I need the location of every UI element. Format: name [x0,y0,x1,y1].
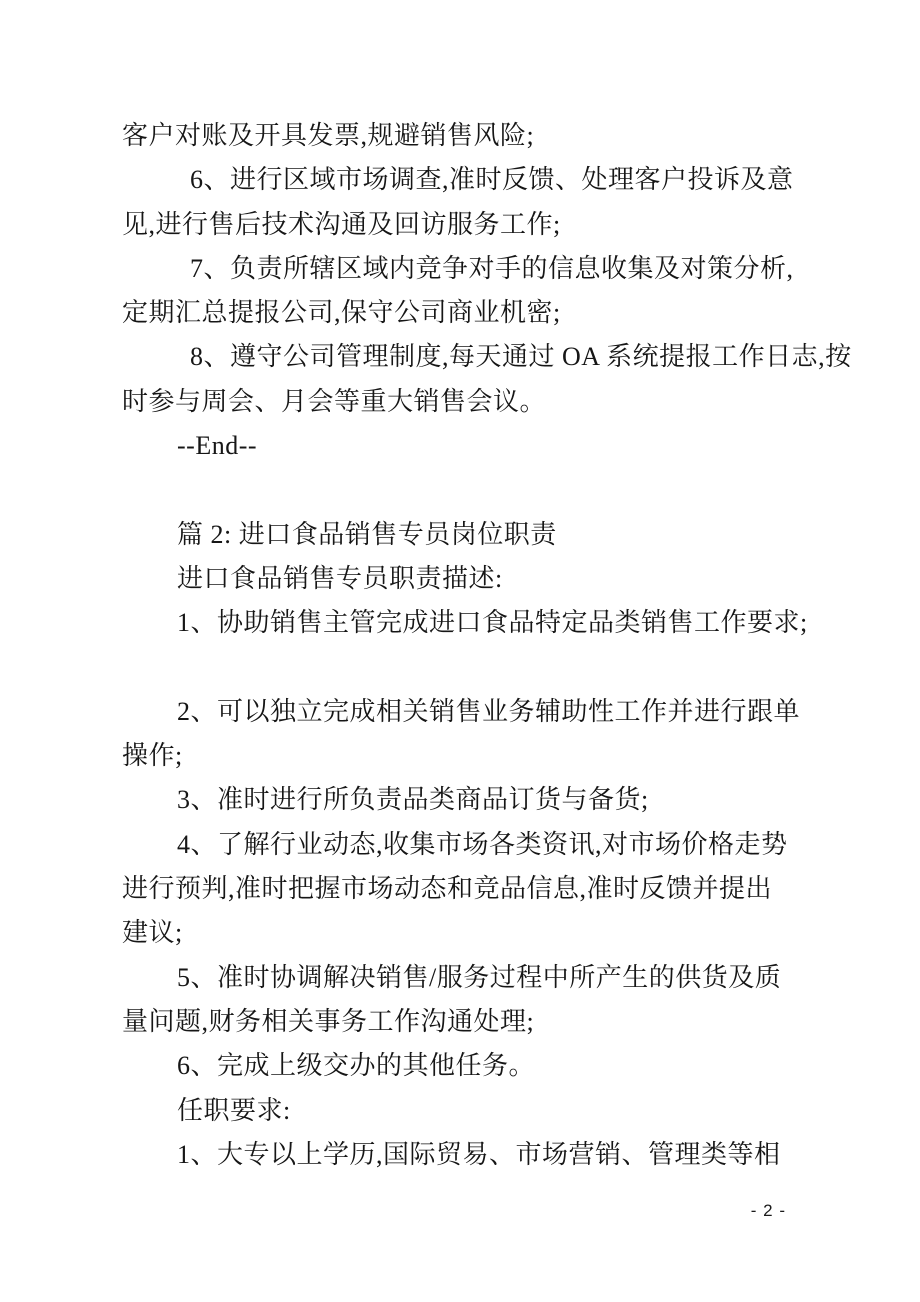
doc-line: 3、准时进行所负责品类商品订货与备货; [122,778,802,822]
doc-line: 1、大专以上学历,国际贸易、市场营销、管理类等相 [122,1133,802,1177]
doc-line: 建议; [122,911,802,955]
doc-line: 5、准时协调解决销售/服务过程中所产生的供货及质 [122,956,802,1000]
doc-line: 1、协助销售主管完成进口食品特定品类销售工作要求; [122,601,802,645]
doc-line: 时参与周会、月会等重大销售会议。 [122,380,802,424]
doc-line: 客户对账及开具发票,规避销售风险; [122,114,802,158]
end-marker: --End-- [122,424,802,468]
document-page: 客户对账及开具发票,规避销售风险; 6、进行区域市场调查,准时反馈、处理客户投诉… [0,0,920,1177]
doc-line: 量问题,财务相关事务工作沟通处理; [122,1000,802,1044]
section-heading: 篇 2: 进口食品销售专员岗位职责 [122,513,802,557]
doc-line: 操作; [122,734,802,778]
doc-line: 7、负责所辖区域内竞争对手的信息收集及对策分析, [122,247,802,291]
doc-line: 4、了解行业动态,收集市场各类资讯,对市场价格走势 [122,823,802,867]
doc-line: 定期汇总提报公司,保守公司商业机密; [122,291,802,335]
page-number: - 2 - [0,1201,920,1221]
doc-line: 见,进行售后技术沟通及回访服务工作; [122,203,802,247]
doc-line: 进行预判,准时把握市场动态和竞品信息,准时反馈并提出 [122,867,802,911]
doc-line: 6、进行区域市场调查,准时反馈、处理客户投诉及意 [122,158,802,202]
doc-line: 2、可以独立完成相关销售业务辅助性工作并进行跟单 [122,690,802,734]
doc-line: 6、完成上级交办的其他任务。 [122,1044,802,1088]
doc-line: 进口食品销售专员职责描述: [122,557,802,601]
doc-line: 8、遵守公司管理制度,每天通过 OA 系统提报工作日志,按 [122,335,802,379]
requirements-heading: 任职要求: [122,1089,802,1133]
